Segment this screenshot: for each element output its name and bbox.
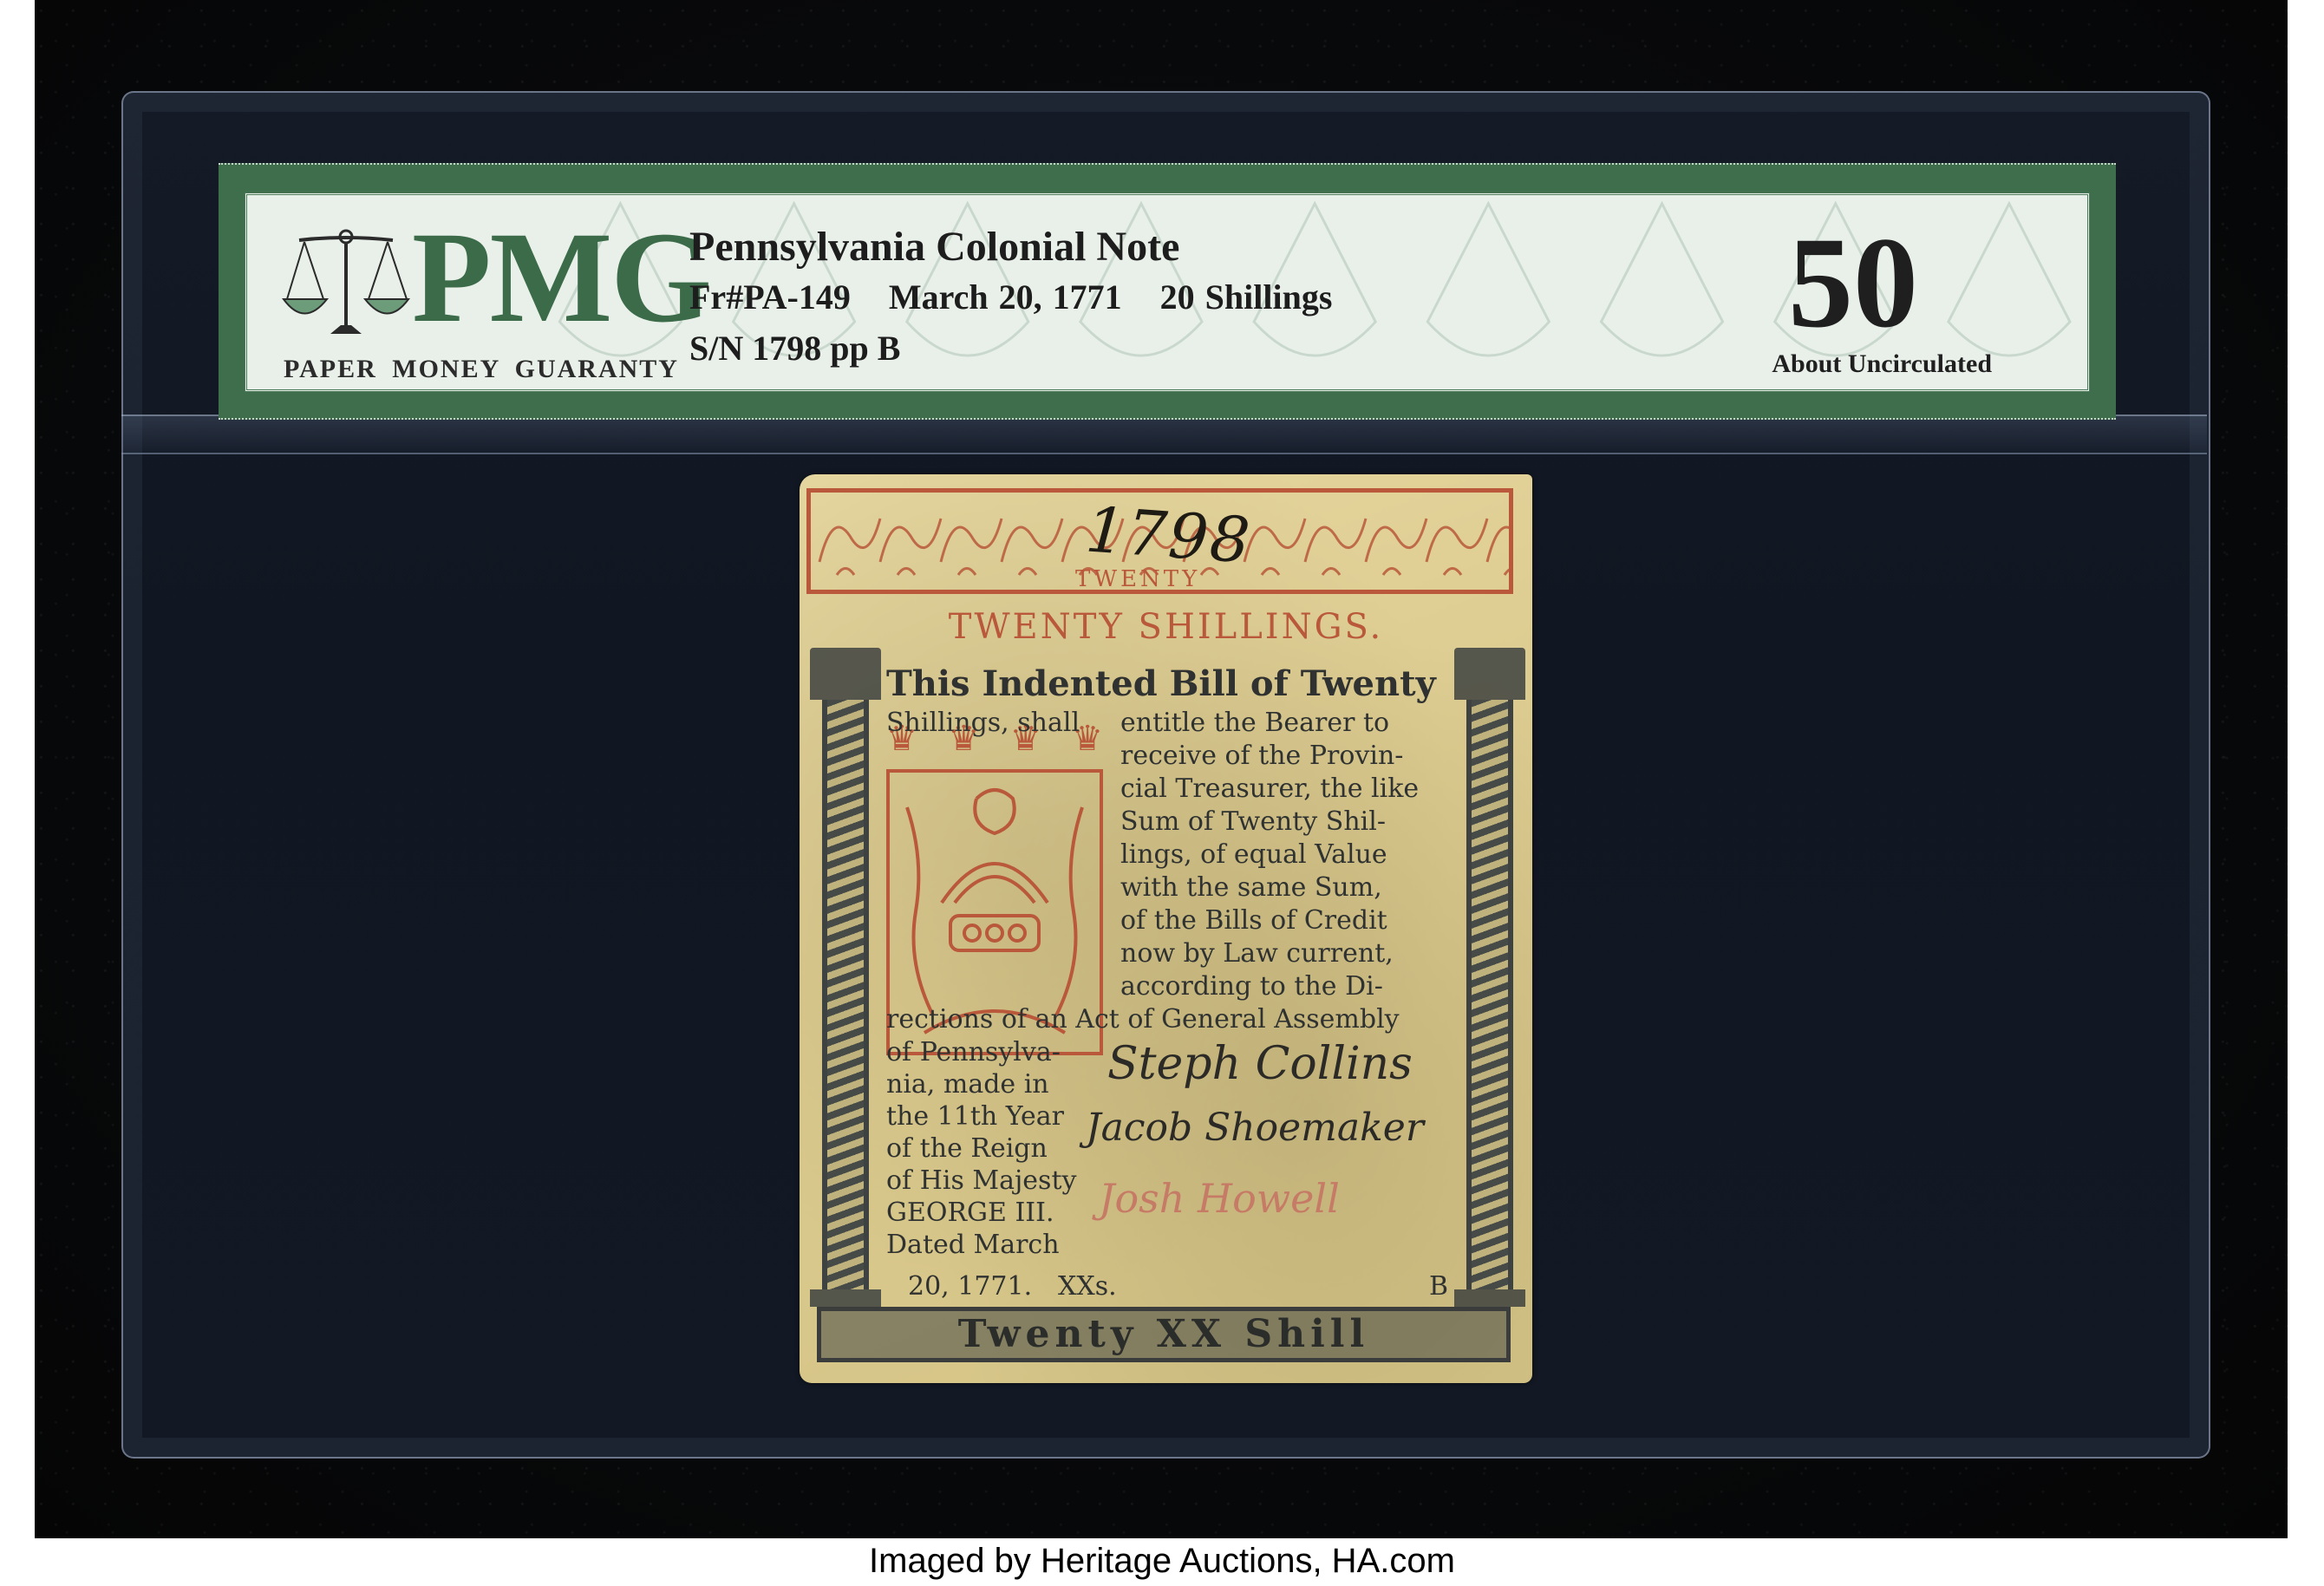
pmg-label: PMG PAPER MONEY GUARANTY Pennsylvania Co… [219,163,2116,420]
note-text-line: Shillings, shall [886,710,1080,736]
note-text-line: with the same Sum, [1120,875,1382,901]
bottom-denomination-band: Twenty XX Shill [817,1307,1511,1362]
holder-seam [121,414,2207,454]
note-text-line: of the Reign [886,1136,1048,1162]
left-column-ornament [810,648,881,1307]
catalog-number: Fr#PA-149 [689,277,851,317]
date-line: 20, 1771. [908,1274,1032,1300]
signature-2: Jacob Shoemaker [1086,1106,1424,1150]
right-column-ornament [1454,648,1525,1307]
grade-description: About Uncirculated [1772,349,1992,379]
note-text-line: of the Bills of Credit [1120,908,1387,934]
note-text-line: of His Majesty [886,1168,1076,1194]
value-mark: XXs. [1058,1274,1117,1300]
note-details: Fr#PA-149March 20, 177120 Shillings [689,273,1370,322]
note-text-line: receive of the Provin- [1120,743,1403,769]
issue-date: March 20, 1771 [889,277,1122,317]
label-panel: PMG PAPER MONEY GUARANTY Pennsylvania Co… [245,193,2090,392]
colonial-note: TWENTY 1798 TWENTY SHILLINGS. ♛♛♛♛ [800,474,1532,1383]
serial-number: S/N 1798 pp B [689,322,1370,375]
note-text-line: This Indented Bill of Twenty [886,667,1436,702]
note-description: Pennsylvania Colonial Note Fr#PA-149Marc… [689,221,1370,375]
note-title: Pennsylvania Colonial Note [689,221,1370,273]
grade-number: 50 [1788,218,1918,348]
pmg-tagline: PAPER MONEY GUARANTY [284,355,679,384]
note-text-line: according to the Di- [1120,974,1383,1000]
image-credit: Imaged by Heritage Auctions, HA.com [0,1542,2324,1581]
note-text-line: nia, made in [886,1072,1049,1098]
note-text-line: Dated March [886,1232,1060,1258]
handwritten-serial: 1798 [1083,493,1254,577]
note-text-line: now by Law current, [1120,941,1394,967]
denomination-heading: TWENTY SHILLINGS. [800,607,1532,647]
note-text-line: GEORGE III. [886,1200,1054,1226]
signature-1: Steph Collins [1107,1038,1413,1090]
note-text-line: of Pennsylva- [886,1040,1061,1066]
pmg-logo: PMG [412,212,710,343]
note-text-line: lings, of equal Value [1120,842,1387,868]
scales-of-justice-icon [282,228,410,341]
note-text-line: Sum of Twenty Shil- [1120,809,1386,835]
note-text-line: the 11th Year [886,1104,1064,1130]
plate-letter: B [1429,1274,1448,1300]
note-text-line: entitle the Bearer to [1120,710,1389,736]
denomination: 20 Shillings [1160,277,1333,317]
signature-3: Josh Howell [1099,1175,1340,1222]
note-text-line: rections of an Act of General Assembly [886,1007,1400,1033]
note-text-line: cial Treasurer, the like [1120,776,1419,802]
